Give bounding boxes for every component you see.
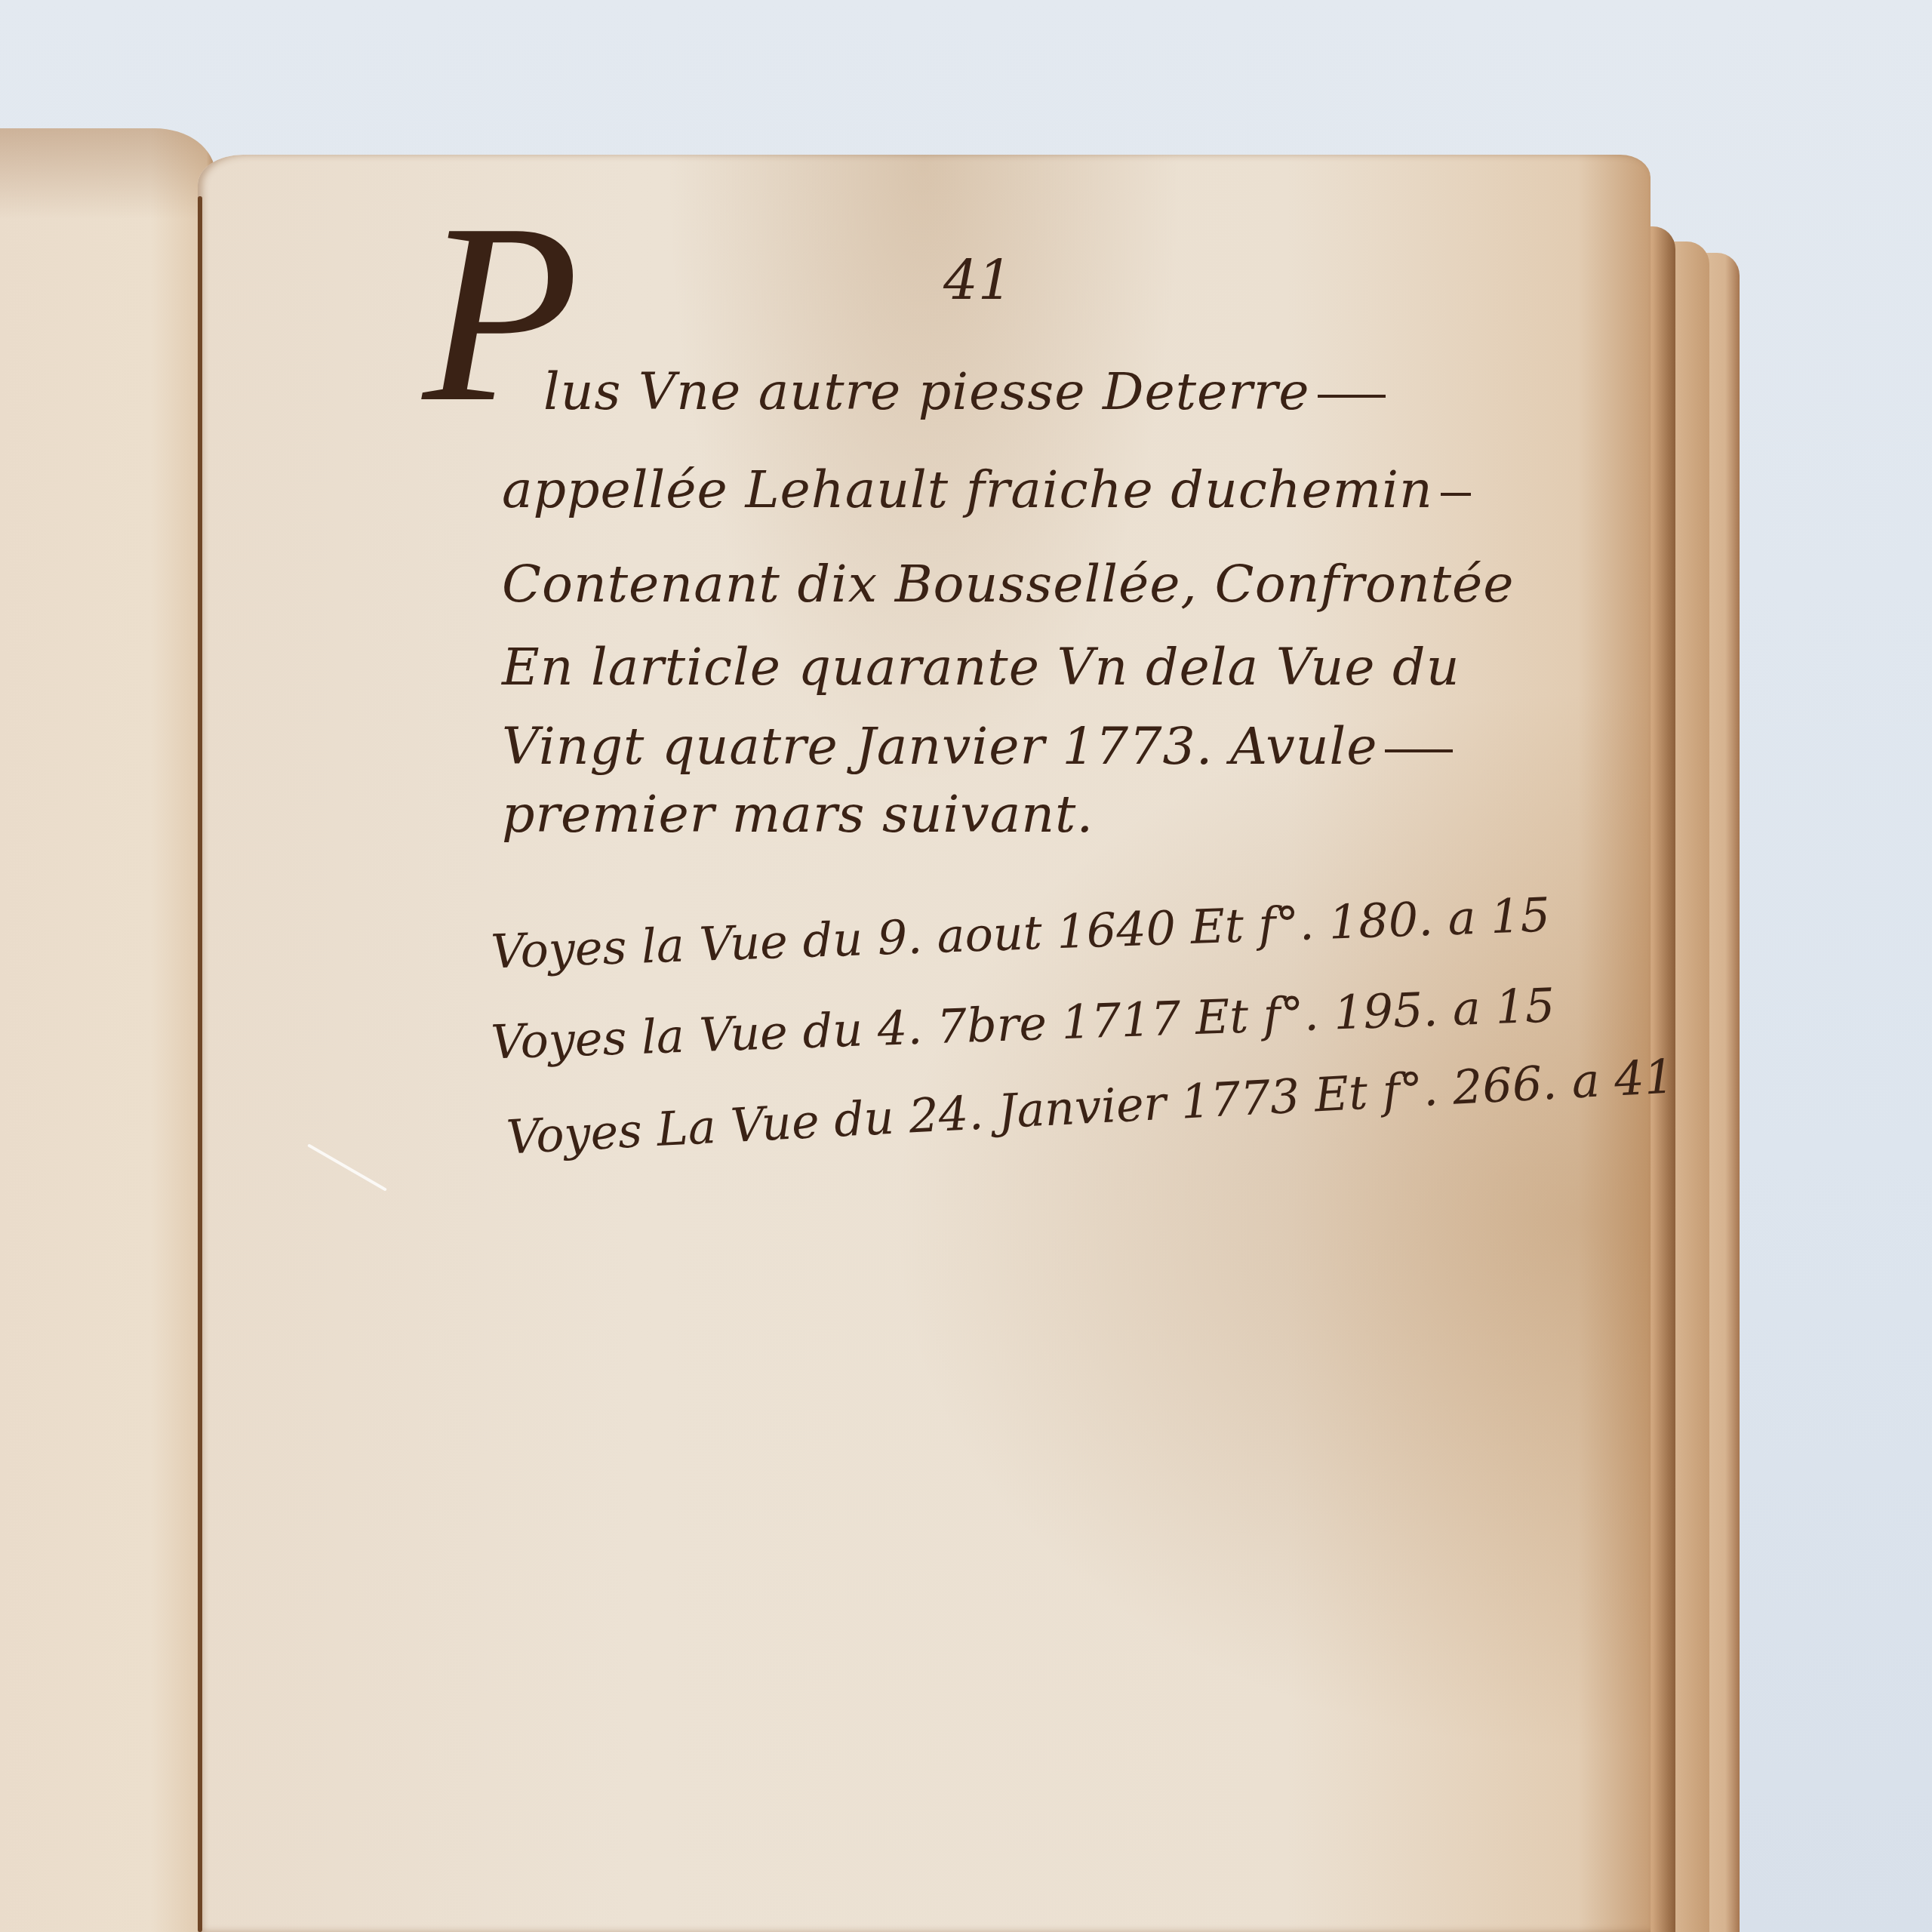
text-line: premier mars suivant. [502, 785, 1094, 844]
left-page-verso [0, 128, 215, 1932]
text-line: Vingt quatre Janvier 1773. Avule [502, 717, 1453, 777]
book-gutter [198, 196, 202, 1932]
folio-number: 41 [943, 249, 1013, 312]
text-line: En larticle quarante Vn dela Vue du [502, 638, 1460, 697]
text-line: appellée Lehault fraiche duchemin [502, 460, 1471, 520]
text-line: Contenant dix Boussellée, Confrontée [502, 555, 1515, 614]
text-line: lus Vne autre piesse Deterre [543, 362, 1386, 422]
